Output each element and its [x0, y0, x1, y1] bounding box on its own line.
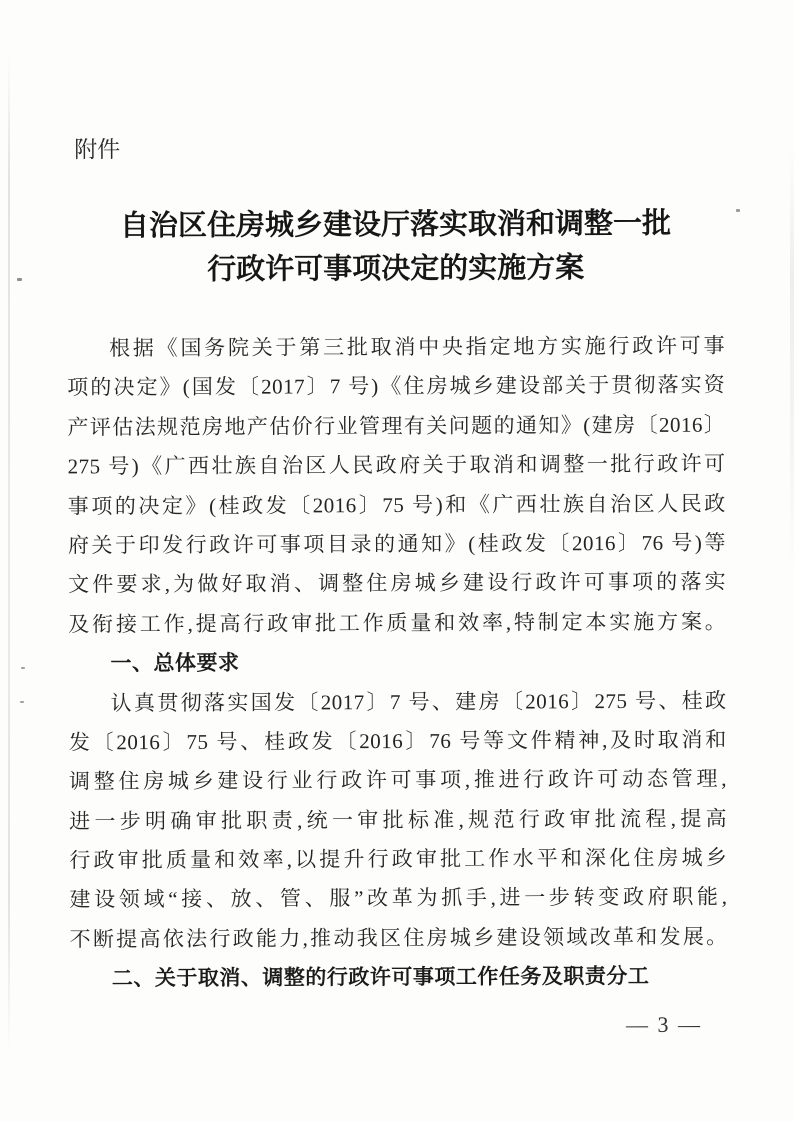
- body-text-line: 建设领域“接、放、管、服”改革为抓手,进一步转变政府职能,: [69, 878, 727, 920]
- page-number: — 3 —: [626, 1011, 702, 1039]
- body-text-line: 行政审批质量和效率,以提升行政审批工作水平和深化住房城乡: [69, 839, 727, 881]
- body-text-line: 根据《国务院关于第三批取消中央指定地方实施行政许可事: [67, 327, 725, 369]
- body-text-line: 认真贯彻落实国发〔2017〕7 号、建房〔2016〕275 号、桂政: [69, 681, 727, 723]
- body-text-line: 进一步明确审批职责,统一审批标准,规范行政审批流程,提高: [69, 799, 727, 841]
- document-body: 根据《国务院关于第三批取消中央指定地方实施行政许可事项的决定》(国发〔2017〕…: [67, 327, 728, 1000]
- scanned-document-page: 附件 自治区住房城乡建设厅落实取消和调整一批 行政许可事项决定的实施方案 根据《…: [0, 0, 794, 1122]
- body-text-line: 项的决定》(国发〔2017〕7 号)《住房城乡建设部关于贯彻落实资: [67, 366, 725, 408]
- body-text-line: 发〔2016〕75 号、桂政发〔2016〕76 号等文件精神,及时取消和: [69, 720, 727, 762]
- document-title-line2: 行政许可事项决定的实施方案: [207, 252, 584, 286]
- body-text-line: 产评估法规范房地产估价行业管理有关问题的通知》(建房〔2016〕: [67, 405, 725, 447]
- body-text-line: 调整住房城乡建设行业行政许可事项,推进行政许可动态管理,: [69, 760, 727, 802]
- body-text-line: 事项的决定》(桂政发〔2016〕75 号)和《广西壮族自治区人民政: [68, 484, 726, 526]
- document-title: 自治区住房城乡建设厅落实取消和调整一批 行政许可事项决定的实施方案: [0, 201, 793, 292]
- document-content: 附件 自治区住房城乡建设厅落实取消和调整一批 行政许可事项决定的实施方案 根据《…: [0, 0, 794, 1122]
- document-title-line1: 自治区住房城乡建设厅落实取消和调整一批: [120, 208, 671, 242]
- body-text-line: 不断提高依法行政能力,推动我区住房城乡建设领域改革和发展。: [70, 917, 728, 959]
- section-heading: 一、总体要求: [68, 642, 726, 684]
- section-heading: 二、关于取消、调整的行政许可事项工作任务及职责分工: [70, 957, 728, 999]
- body-text-line: 275 号)《广西壮族自治区人民政府关于取消和调整一批行政许可: [68, 445, 726, 487]
- body-text-line: 府关于印发行政许可事项目录的通知》(桂政发〔2016〕76 号)等: [68, 524, 726, 566]
- body-text-line: 文件要求,为做好取消、调整住房城乡建设行政许可事项的落实: [68, 563, 726, 605]
- attachment-label: 附件: [74, 136, 120, 164]
- body-text-line: 及衔接工作,提高行政审批工作质量和效率,特制定本实施方案。: [68, 602, 726, 644]
